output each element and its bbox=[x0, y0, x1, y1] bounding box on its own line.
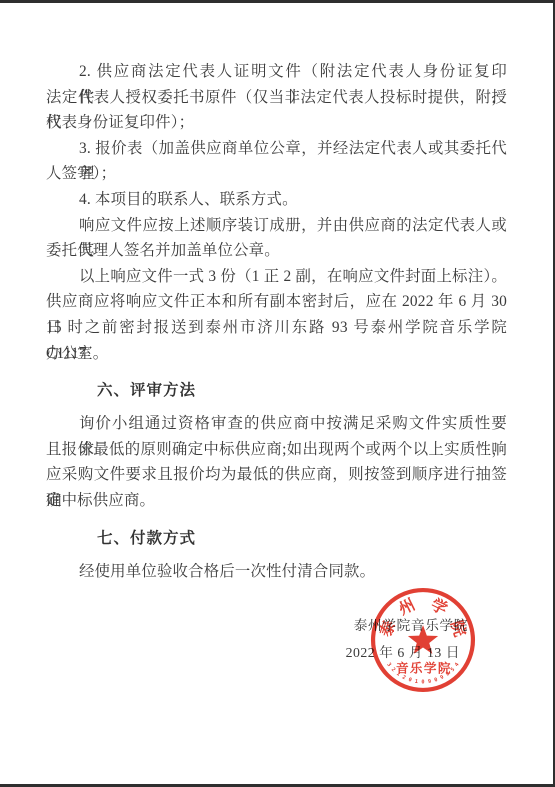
document-line: 七、付款方式 bbox=[46, 525, 507, 552]
document-line: 2. 供应商法定代表人证明文件（附法定代表人身份证复印件）， bbox=[46, 59, 507, 85]
seal-serial-digit: 0 bbox=[421, 679, 424, 685]
document-line: 六、评审方法 bbox=[46, 377, 507, 404]
document-line: 办公室。 bbox=[46, 341, 507, 367]
official-seal-stamp: 音乐学院 泰州学院3212010909854 bbox=[367, 584, 479, 696]
document-line: 15 时之前密封报送到泰州市济川东路 93 号泰州学院音乐学院 C1117 bbox=[46, 315, 507, 341]
document-line: 人签字）； bbox=[46, 161, 507, 187]
seal-arc-char: 泰 bbox=[376, 618, 399, 639]
seal-serial-digit: 0 bbox=[407, 677, 412, 684]
document-line: 法定代表人授权委托书原件（仅当非法定代表人投标时提供，附授权 bbox=[46, 85, 507, 111]
document-line: 3. 报价表（加盖供应商单位公章，并经法定代表人或其委托代理 bbox=[46, 136, 507, 162]
seal-serial-digit: 3 bbox=[385, 662, 392, 668]
document-line: 供应商应将响应文件正本和所有副本密封后，应在 2022 年 6 月 30 日 bbox=[46, 289, 507, 315]
document-line: 经使用单位验收合格后一次性付清合同款。 bbox=[46, 559, 507, 585]
document-line: 代表身份证复印件）； bbox=[46, 110, 507, 136]
document-line: 委托代理人签名并加盖单位公章。 bbox=[46, 238, 507, 264]
seal-serial-digit: 1 bbox=[414, 679, 418, 685]
document-line: 以上响应文件一式 3 份（1 正 2 副，在响应文件封面上标注）。 bbox=[46, 264, 507, 290]
document-line: 且报价最低的原则确定中标供应商;如出现两个或两个以上实质性响 bbox=[46, 437, 507, 463]
seal-serial-digit: 4 bbox=[454, 662, 461, 668]
seal-arc-char: 州 bbox=[396, 595, 418, 618]
document-line: 询价小组通过资格审查的供应商中按满足采购文件实质性要求， bbox=[46, 411, 507, 437]
document-page: 2. 供应商法定代表人证明文件（附法定代表人身份证复印件），法定代表人授权委托书… bbox=[0, 0, 555, 787]
document-line: 4. 本项目的联系人、联系方式。 bbox=[46, 187, 507, 213]
seal-star-icon bbox=[408, 625, 438, 654]
document-body: 2. 供应商法定代表人证明文件（附法定代表人身份证复印件），法定代表人授权委托书… bbox=[46, 59, 507, 584]
seal-arc-char: 院 bbox=[447, 618, 470, 639]
document-line: 应采购文件要求且报价均为最低的供应商，则按签到顺序进行抽签确 bbox=[46, 462, 507, 488]
seal-serial-digit: 0 bbox=[434, 677, 439, 684]
document-line: 响应文件应按上述顺序装订成册，并由供应商的法定代表人或其 bbox=[46, 213, 507, 239]
seal-serial-digit: 9 bbox=[428, 679, 432, 685]
seal-center-text: 音乐学院 bbox=[396, 661, 452, 676]
document-line: 定中标供应商。 bbox=[46, 488, 507, 514]
